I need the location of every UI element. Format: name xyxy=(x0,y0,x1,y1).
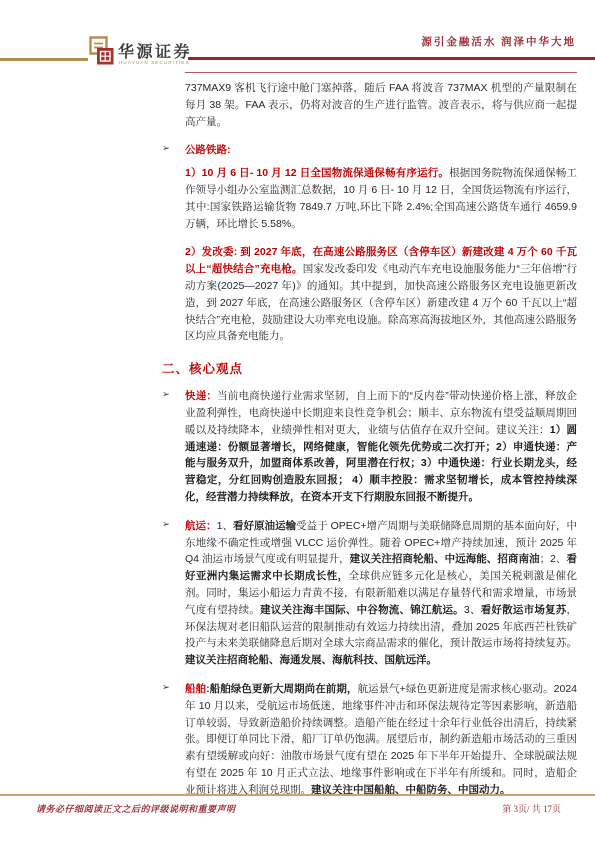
text-segment: 船舶绿色更新大周期尚在前期， xyxy=(210,683,358,695)
text-segment: 船舶: xyxy=(185,683,210,695)
paragraph-ndrc-charging: 2）发改委: 到 2027 年底，在高速公路服务区（含停车区）新建改建 4 万个… xyxy=(185,244,577,345)
text-segment: 航运： xyxy=(185,520,217,532)
section-heading-core-views: 二、核心观点 xyxy=(162,359,577,377)
bullet-shipbuilding: ➢ 船舶:船舶绿色更新大周期尚在前期，航运景气+绿色更新进度是需求核心驱动。20… xyxy=(185,681,577,799)
text-segment: ；2、 xyxy=(540,553,567,565)
brand-slogan: 源引金融活水 润泽中华大地 xyxy=(421,34,576,49)
bullet-shipping: ➢ 航运：1、看好原油运输受益于 OPEC+增产周期与美联储降息周期的基本面向好… xyxy=(185,518,577,669)
text-segment: 建议关注海丰国际、中谷物流、锦江航运。 xyxy=(260,604,464,616)
report-page: 华源证券 HUAYUAN SECURITIES 源引金融活水 润泽中华大地 73… xyxy=(0,0,595,841)
text-segment: 当前电商快递行业需求坚韧，自上而下的“反内卷”带动快递价格上涨，释放企业盈利弹性… xyxy=(185,390,577,436)
footer-gold-rule xyxy=(0,794,595,796)
text-segment: 1）10 月 6 日- 10 月 12 日全国物流保通保畅有序运行。 xyxy=(185,167,449,179)
text-segment: 737MAX9 客机飞行途中舱门塞掉落，随后 FAA 将波音 737MAX 机型… xyxy=(185,82,577,128)
highway-rail-label: 公路铁路: xyxy=(185,142,577,159)
bullet-arrow-icon: ➢ xyxy=(162,389,170,400)
bullet-arrow-icon: ➢ xyxy=(162,143,170,154)
text-segment: 看好散运市场复苏 xyxy=(481,604,567,616)
paragraph-express: 快递：当前电商快递行业需求坚韧，自上而下的“反内卷”带动快递价格上涨，释放企业盈… xyxy=(185,388,577,506)
bullet-highway-rail: ➢ 公路铁路: xyxy=(185,142,577,159)
footer-disclaimer: 请务必仔细阅读正文之后的评级说明和重要声明 xyxy=(36,802,236,815)
bullet-arrow-icon: ➢ xyxy=(162,682,170,693)
brand-subtitle: HUAYUAN SECURITIES xyxy=(119,60,190,65)
bullet-express: ➢ 快递：当前电商快递行业需求坚韧，自上而下的“反内卷”带动快递价格上涨，释放企… xyxy=(185,388,577,506)
text-segment: 3、 xyxy=(464,604,481,616)
brand-name: 华源证券 xyxy=(118,39,192,62)
text-segment: 1、 xyxy=(217,520,233,532)
header-gold-rule xyxy=(0,58,88,61)
paragraph-shipping: 航运：1、看好原油运输受益于 OPEC+增产周期与美联储降息周期的基本面向好，中… xyxy=(185,518,577,669)
text-segment: 建议关注招商轮船、中远海能、招商南油 xyxy=(350,553,540,565)
bullet-arrow-icon: ➢ xyxy=(162,519,170,530)
paragraph-logistics-week: 1）10 月 6 日- 10 月 12 日全国物流保通保畅有序运行。根据国务院物… xyxy=(185,165,577,232)
content-top-rule xyxy=(185,72,577,73)
text-segment: 快递： xyxy=(185,390,217,402)
footer-page-number: 第 3页/ 共 17页 xyxy=(502,802,561,815)
text-segment: 看好原油运输 xyxy=(233,520,296,532)
report-body: 737MAX9 客机飞行途中舱门塞掉落，随后 FAA 将波音 737MAX 机型… xyxy=(185,72,577,798)
paragraph-shipbuilding: 船舶:船舶绿色更新大周期尚在前期，航运景气+绿色更新进度是需求核心驱动。2024… xyxy=(185,681,577,799)
text-segment: 建议关注招商轮船、海通发展、海航科技、国航远洋。 xyxy=(185,654,437,666)
text-segment: 航运景气+绿色更新进度是需求核心驱动。2024 年 10 月以来，受航运市场低迷… xyxy=(185,683,577,796)
paragraph-boeing-737max: 737MAX9 客机飞行途中舱门塞掉落，随后 FAA 将波音 737MAX 机型… xyxy=(185,80,577,130)
header-maroon-rule xyxy=(188,57,595,60)
text-segment: 公路铁路: xyxy=(185,144,231,156)
huayuan-seal-icon xyxy=(89,36,115,67)
